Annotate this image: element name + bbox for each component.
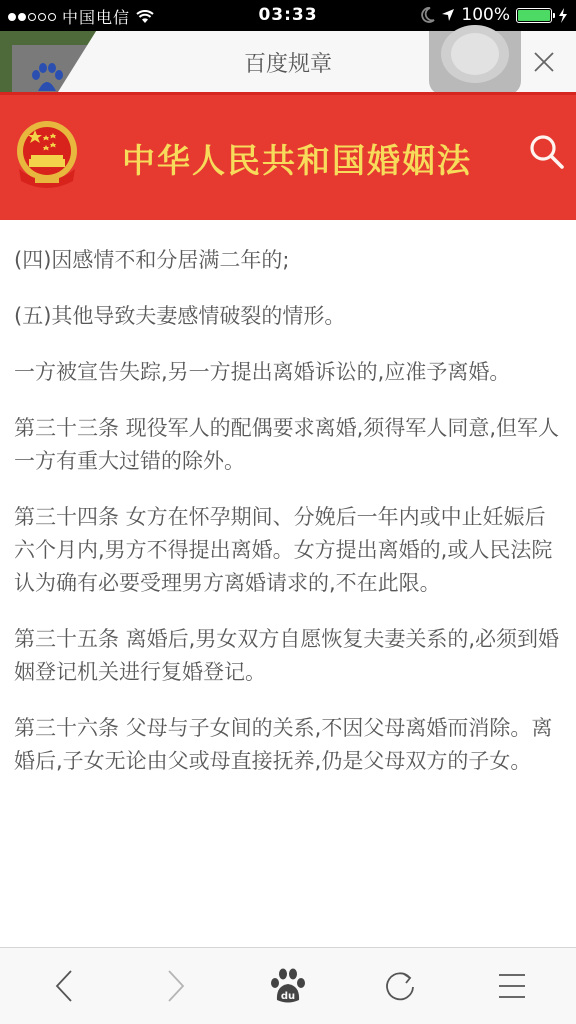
battery-icon: [516, 8, 552, 23]
assistive-touch-button[interactable]: [429, 31, 521, 95]
law-article-content: (四)因感情不和分居满二年的; (五)其他导致夫妻感情破裂的情形。 一方被宣告失…: [0, 220, 576, 947]
baidu-home-button[interactable]: du: [268, 968, 308, 1004]
chevron-right-icon: [166, 969, 186, 1003]
battery-percent: 100%: [461, 5, 510, 25]
article-paragraph: 第三十三条 现役军人的配偶要求离婚,须得军人同意,但军人一方有重大过错的除外。: [14, 412, 562, 478]
law-title: 中华人民共和国婚姻法: [122, 135, 472, 182]
do-not-disturb-moon-icon: [421, 7, 435, 23]
national-emblem-icon: [13, 119, 81, 191]
hamburger-menu-icon: [498, 973, 526, 999]
svg-text:du: du: [281, 991, 295, 1002]
law-header-banner: 中华人民共和国婚姻法: [0, 92, 576, 220]
article-paragraph: 第三十四条 女方在怀孕期间、分娩后一年内或中止妊娠后六个月内,男方不得提出离婚。…: [14, 501, 562, 600]
location-arrow-icon: [441, 8, 455, 22]
browser-title-bar: 百度规章: [0, 31, 576, 92]
status-bar: 中国电信 03:33 100%: [0, 0, 576, 31]
forward-button[interactable]: [156, 968, 196, 1004]
close-icon[interactable]: [528, 49, 558, 75]
baidu-paw-icon: du: [270, 968, 306, 1004]
menu-button[interactable]: [492, 968, 532, 1004]
article-paragraph: 第三十五条 离婚后,男女双方自愿恢复夫妻关系的,必须到婚姻登记机关进行复婚登记。: [14, 623, 562, 689]
article-paragraph: (四)因感情不和分居满二年的;: [14, 244, 562, 277]
back-button[interactable]: [44, 968, 84, 1004]
article-paragraph: 第三十六条 父母与子女间的关系,不因父母离婚而消除。离婚后,子女无论由父或母直接…: [14, 712, 562, 778]
refresh-icon: [384, 969, 416, 1003]
search-icon[interactable]: [527, 133, 567, 173]
article-paragraph: 一方被宣告失踪,另一方提出离婚诉讼的,应准予离婚。: [14, 356, 562, 389]
charging-bolt-icon: [558, 8, 568, 23]
refresh-button[interactable]: [380, 968, 420, 1004]
browser-toolbar: du: [0, 947, 576, 1024]
chevron-left-icon: [54, 969, 74, 1003]
article-paragraph: (五)其他导致夫妻感情破裂的情形。: [14, 300, 562, 333]
